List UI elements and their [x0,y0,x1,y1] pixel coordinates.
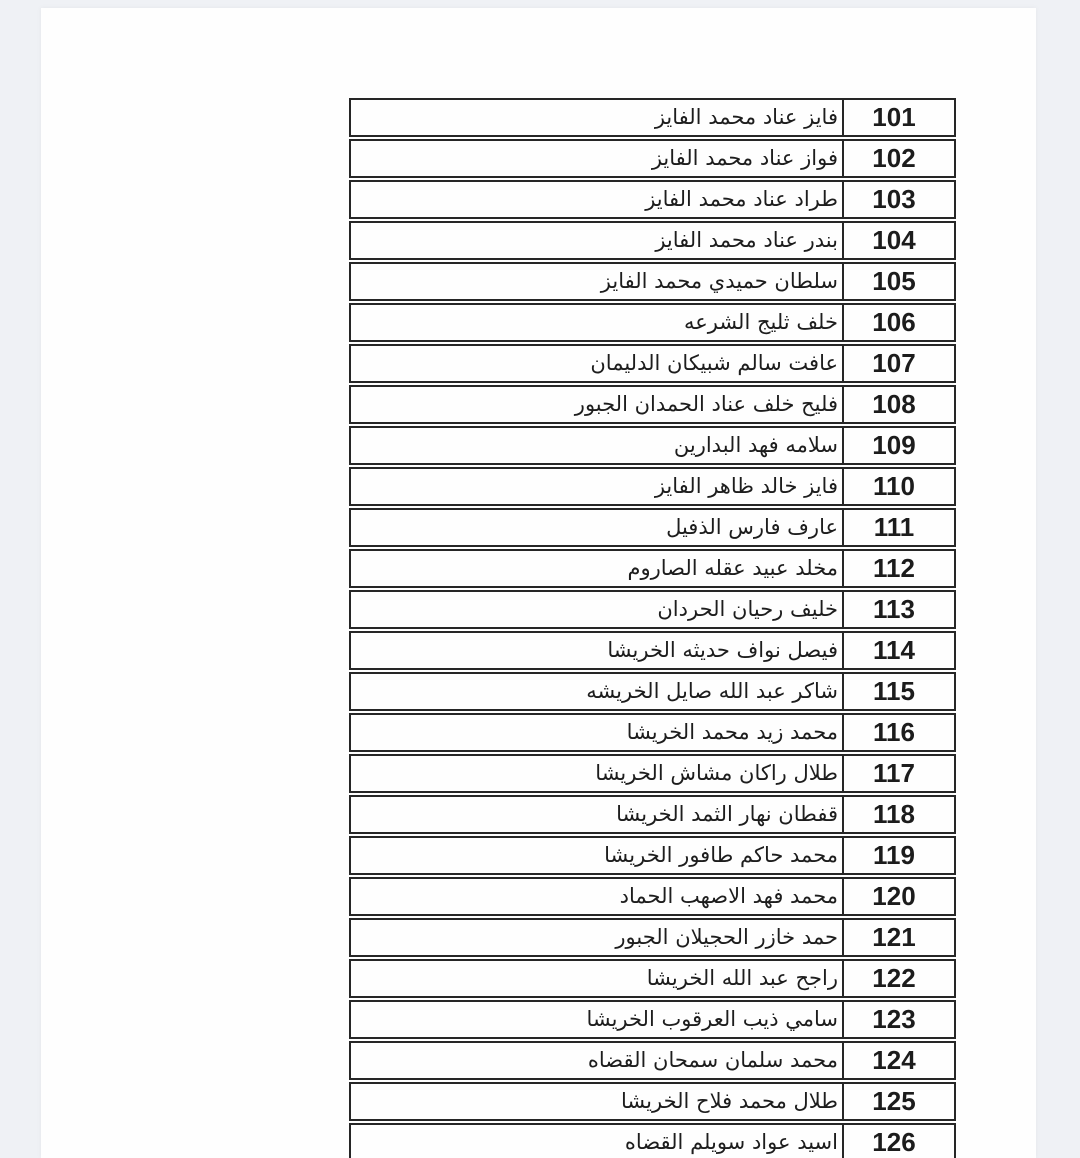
table-row: سلامه فهد البدارين 109 [349,426,956,465]
name-cell: فواز عناد محمد الفايز [351,141,842,176]
number-cell: 118 [842,797,954,832]
table-row: سلطان حميدي محمد الفايز 105 [349,262,956,301]
table-row: طراد عناد محمد الفايز 103 [349,180,956,219]
name-cell: حمد خازر الحجيلان الجبور [351,920,842,955]
number-cell: 122 [842,961,954,996]
name-cell: شاكر عبد الله صايل الخريشه [351,674,842,709]
table-row: محمد فهد الاصهب الحماد 120 [349,877,956,916]
number-cell: 117 [842,756,954,791]
table-row: بندر عناد محمد الفايز 104 [349,221,956,260]
number-cell: 103 [842,182,954,217]
name-cell: اسيد عواد سويلم القضاه [351,1125,842,1158]
table-row: محمد سلمان سمحان القضاه 124 [349,1041,956,1080]
name-cell: سلطان حميدي محمد الفايز [351,264,842,299]
table-row: قفطان نهار الثمد الخريشا 118 [349,795,956,834]
number-cell: 126 [842,1125,954,1158]
name-cell: طلال راكان مشاش الخريشا [351,756,842,791]
name-cell: طراد عناد محمد الفايز [351,182,842,217]
table-row: فيصل نواف حديثه الخريشا 114 [349,631,956,670]
name-cell: عافت سالم شبيكان الدليمان [351,346,842,381]
number-cell: 111 [842,510,954,545]
number-cell: 123 [842,1002,954,1037]
table-row: خليف رحيان الحردان 113 [349,590,956,629]
number-cell: 115 [842,674,954,709]
name-cell: محمد حاكم طافور الخريشا [351,838,842,873]
name-cell: قفطان نهار الثمد الخريشا [351,797,842,832]
table-row: محمد زيد محمد الخريشا 116 [349,713,956,752]
name-cell: سامي ذيب العرقوب الخريشا [351,1002,842,1037]
number-cell: 101 [842,100,954,135]
table-row: راجح عبد الله الخريشا 122 [349,959,956,998]
table-row: طلال راكان مشاش الخريشا 117 [349,754,956,793]
number-cell: 109 [842,428,954,463]
name-cell: مخلد عبيد عقله الصاروم [351,551,842,586]
number-cell: 102 [842,141,954,176]
table-row: عارف فارس الذفيل 111 [349,508,956,547]
name-cell: سلامه فهد البدارين [351,428,842,463]
number-cell: 116 [842,715,954,750]
table-row: حمد خازر الحجيلان الجبور 121 [349,918,956,957]
table-row: محمد حاكم طافور الخريشا 119 [349,836,956,875]
number-cell: 106 [842,305,954,340]
number-cell: 120 [842,879,954,914]
number-cell: 110 [842,469,954,504]
table-row: خلف ثليج الشرعه 106 [349,303,956,342]
name-cell: راجح عبد الله الخريشا [351,961,842,996]
name-cell: فليح خلف عناد الحمدان الجبور [351,387,842,422]
names-table: فايز عناد محمد الفايز 101 فواز عناد محمد… [349,98,956,1158]
table-row: فايز عناد محمد الفايز 101 [349,98,956,137]
table-row: اسيد عواد سويلم القضاه 126 [349,1123,956,1158]
table-row: مخلد عبيد عقله الصاروم 112 [349,549,956,588]
number-cell: 107 [842,346,954,381]
number-cell: 119 [842,838,954,873]
number-cell: 112 [842,551,954,586]
table-row: شاكر عبد الله صايل الخريشه 115 [349,672,956,711]
document-page: فايز عناد محمد الفايز 101 فواز عناد محمد… [41,8,1036,1158]
name-cell: فايز عناد محمد الفايز [351,100,842,135]
name-cell: خليف رحيان الحردان [351,592,842,627]
name-cell: محمد سلمان سمحان القضاه [351,1043,842,1078]
name-cell: عارف فارس الذفيل [351,510,842,545]
viewport: فايز عناد محمد الفايز 101 فواز عناد محمد… [0,0,1080,1158]
number-cell: 124 [842,1043,954,1078]
table-row: سامي ذيب العرقوب الخريشا 123 [349,1000,956,1039]
number-cell: 108 [842,387,954,422]
name-cell: فايز خالد ظاهر الفايز [351,469,842,504]
number-cell: 104 [842,223,954,258]
table-row: فواز عناد محمد الفايز 102 [349,139,956,178]
name-cell: محمد زيد محمد الخريشا [351,715,842,750]
name-cell: خلف ثليج الشرعه [351,305,842,340]
table-row: طلال محمد فلاح الخريشا 125 [349,1082,956,1121]
number-cell: 114 [842,633,954,668]
number-cell: 113 [842,592,954,627]
name-cell: بندر عناد محمد الفايز [351,223,842,258]
number-cell: 105 [842,264,954,299]
number-cell: 125 [842,1084,954,1119]
name-cell: فيصل نواف حديثه الخريشا [351,633,842,668]
table-row: فايز خالد ظاهر الفايز 110 [349,467,956,506]
table-row: عافت سالم شبيكان الدليمان 107 [349,344,956,383]
name-cell: محمد فهد الاصهب الحماد [351,879,842,914]
table-row: فليح خلف عناد الحمدان الجبور 108 [349,385,956,424]
name-cell: طلال محمد فلاح الخريشا [351,1084,842,1119]
number-cell: 121 [842,920,954,955]
